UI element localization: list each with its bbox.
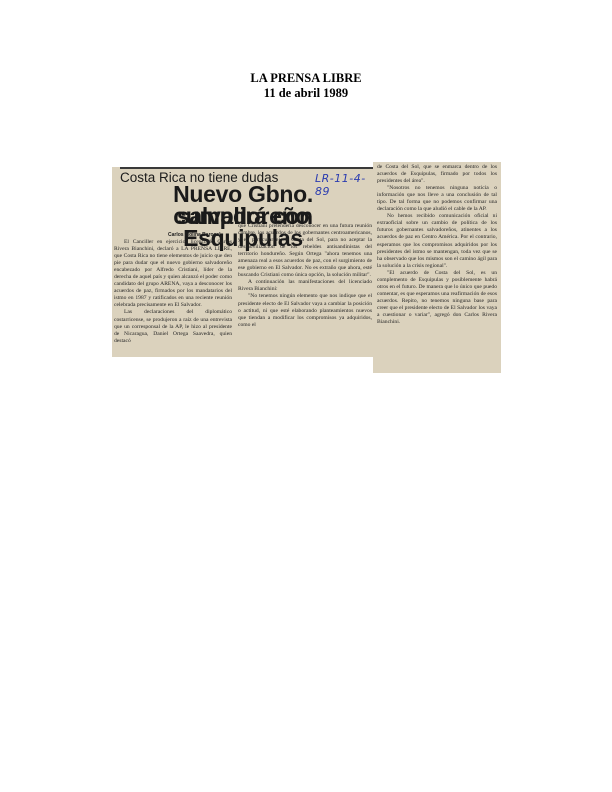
publication-date: 11 de abril 1989 bbox=[0, 86, 612, 101]
byline: Carlos Molina Barocal bbox=[168, 232, 221, 238]
paragraph: Las declaraciones del diplomático costar… bbox=[114, 309, 232, 344]
top-rule bbox=[120, 167, 374, 169]
paragraph: "Nosotros no tenemos ninguna noticia o i… bbox=[377, 185, 497, 213]
newspaper-clipping-continuation: de Costa del Sol, que se enmarca dentro … bbox=[373, 162, 501, 373]
document-header: LA PRENSA LIBRE 11 de abril 1989 bbox=[0, 71, 612, 101]
paragraph: "El acuerdo de Costa del Sol, es un comp… bbox=[377, 270, 497, 326]
article-column-1: El Canciller en ejercicio, licenciado Ca… bbox=[114, 239, 232, 345]
paragraph: que Cristiani pretendería desconocer en … bbox=[238, 223, 372, 279]
article-column-3: de Costa del Sol, que se enmarca dentro … bbox=[377, 164, 497, 326]
paragraph: El Canciller en ejercicio, licenciado Ca… bbox=[114, 239, 232, 309]
paragraph: de Costa del Sol, que se enmarca dentro … bbox=[377, 164, 497, 185]
paragraph: A continuación las manifestaciones del l… bbox=[238, 279, 372, 293]
newspaper-clipping-main: Costa Rica no tiene dudas LR-11-4-89 Nue… bbox=[112, 167, 374, 357]
publication-name: LA PRENSA LIBRE bbox=[0, 71, 612, 86]
article-column-2: que Cristiani pretendería desconocer en … bbox=[238, 223, 372, 329]
paragraph: No hemos recibido comunicación oficial n… bbox=[377, 213, 497, 269]
paragraph: "No tenemos ningún elemento que nos indi… bbox=[238, 293, 372, 328]
